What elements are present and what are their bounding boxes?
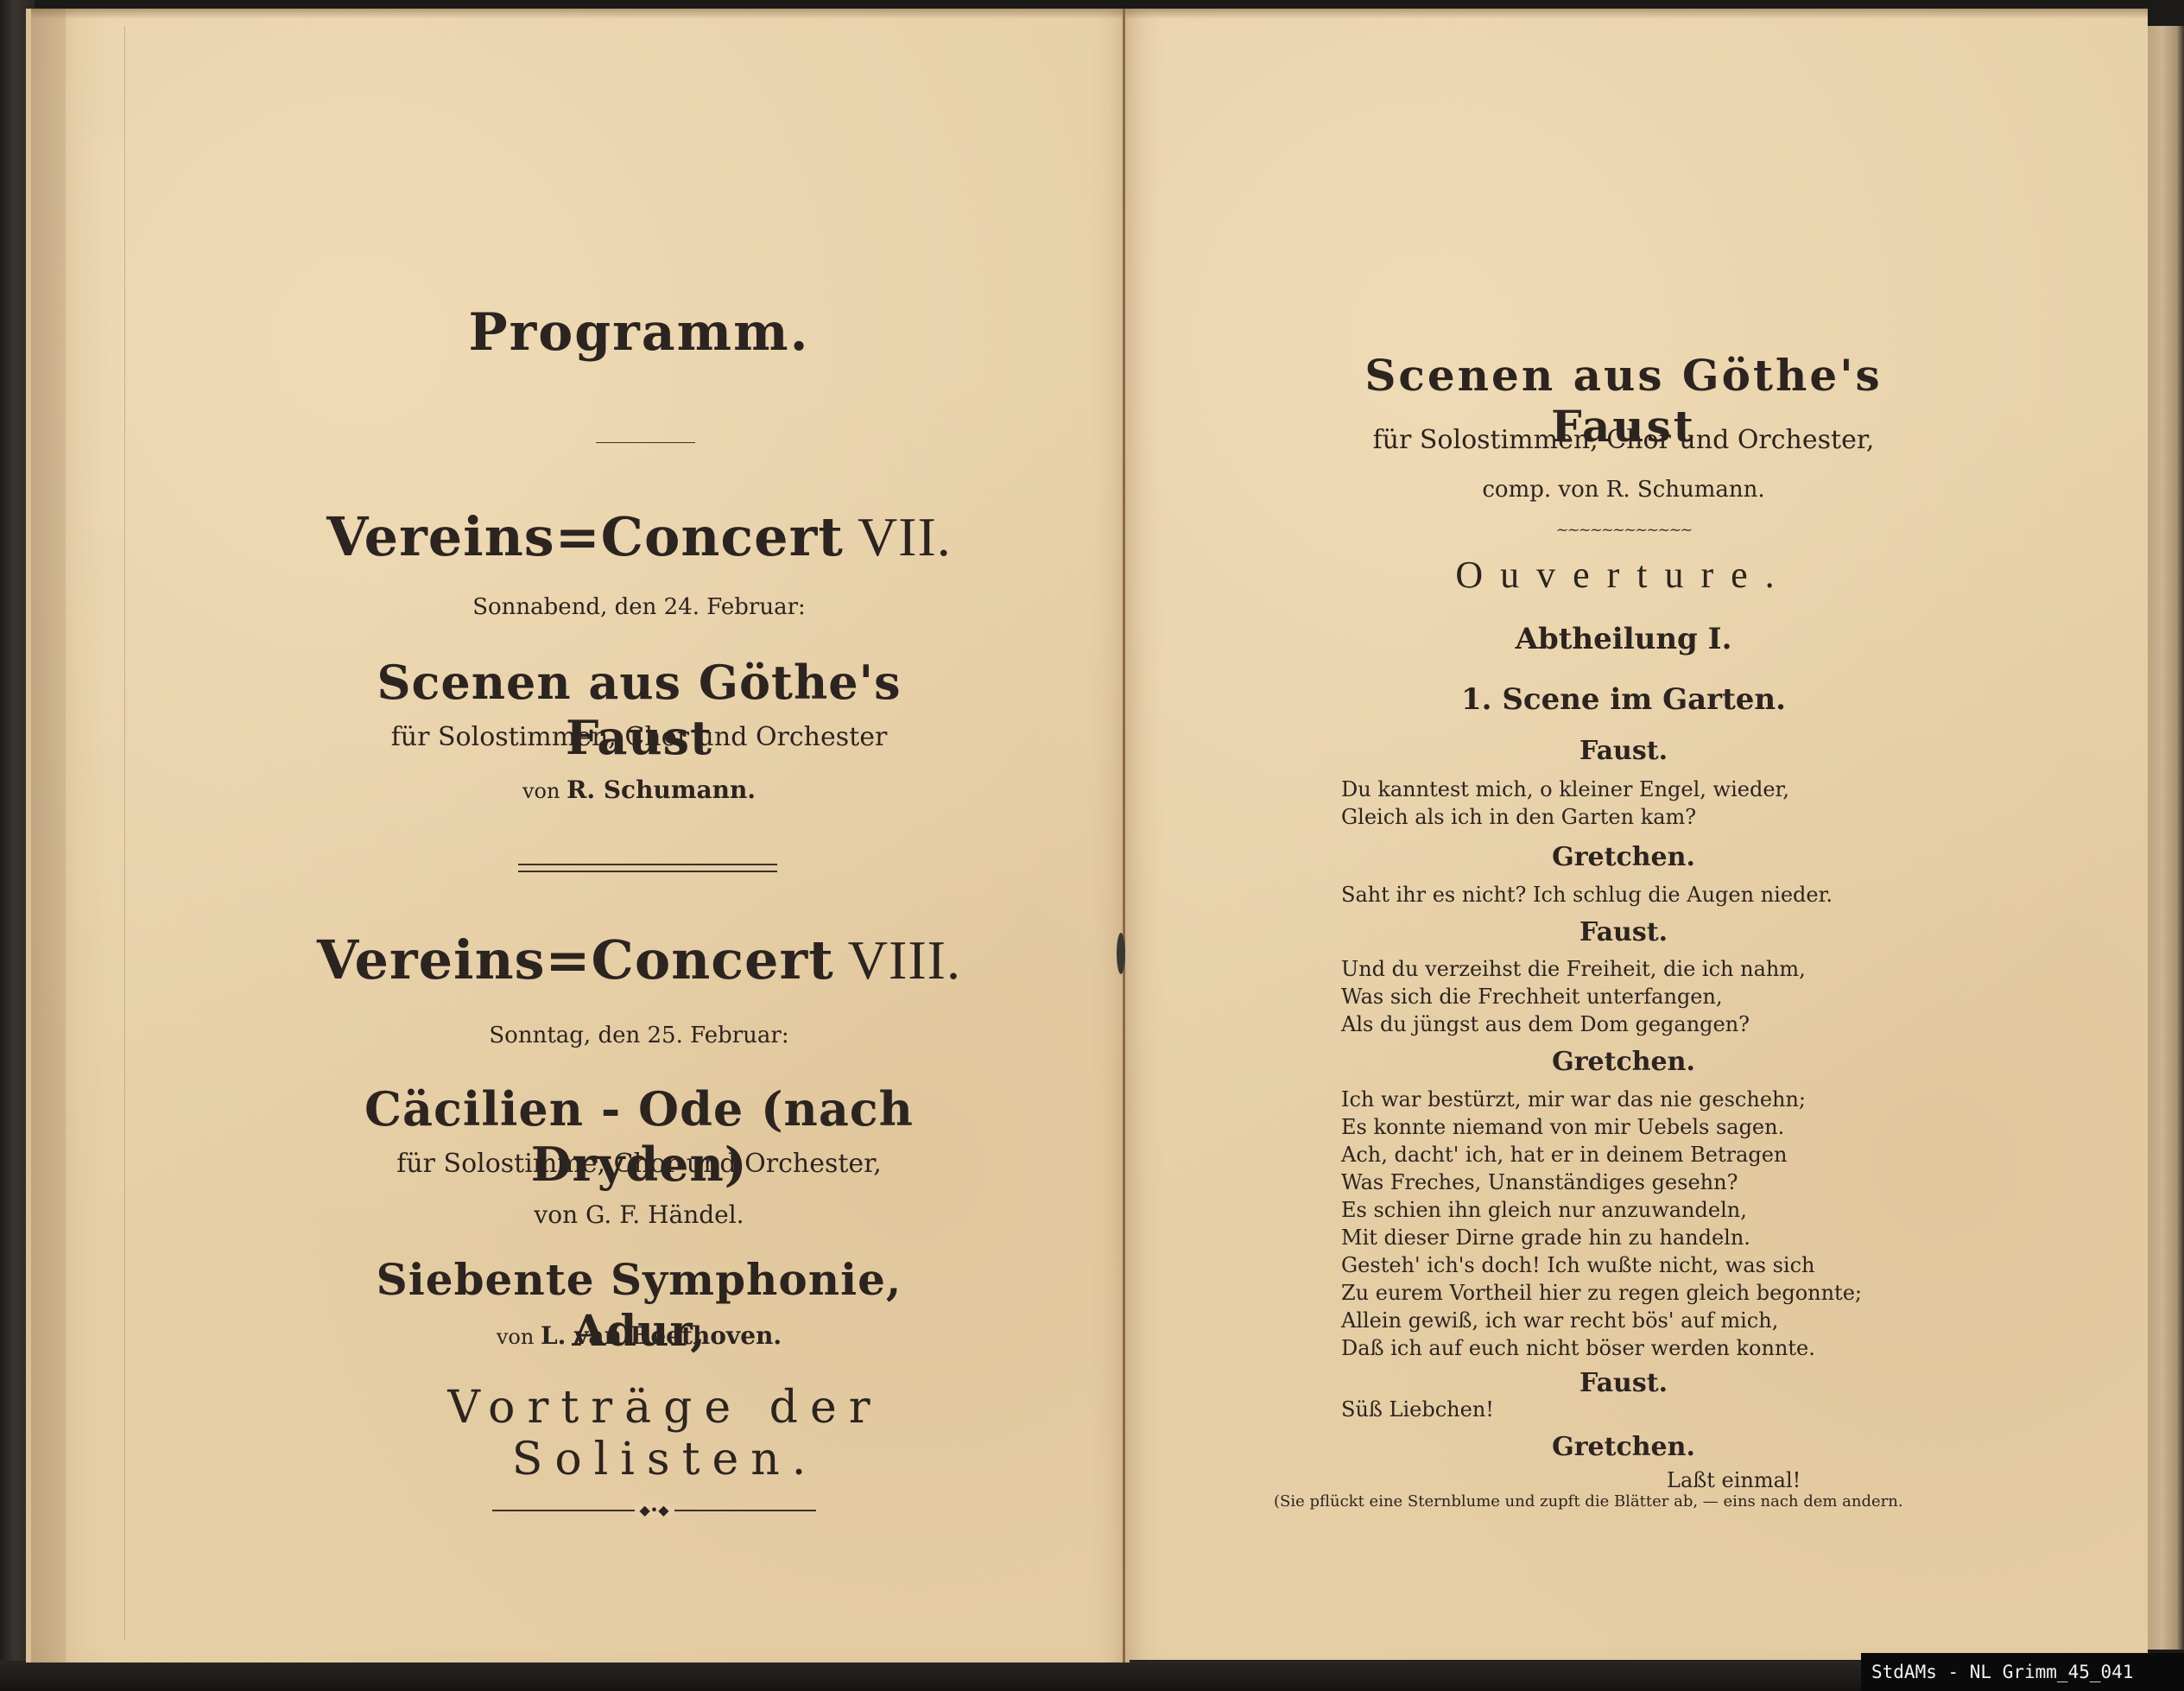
verse-line: Mit dieser Dirne grade hin zu handeln.	[1341, 1224, 1862, 1251]
ode-composer: von G. F. Händel.	[311, 1200, 967, 1229]
verse-line: Ach, dacht' ich, hat er in deinem Betrag…	[1341, 1141, 1862, 1168]
concert-vii-scoring: für Solostimmen, Chor und Orchester	[311, 722, 967, 752]
composer-name: R. Schumann.	[567, 776, 756, 804]
concert-number: VIII.	[848, 929, 961, 991]
verse-line: Was sich die Frechheit unterfangen,	[1341, 983, 1806, 1010]
part-heading: Abtheilung I.	[1321, 622, 1926, 656]
composer-prefix: von	[534, 1200, 578, 1229]
verse-line: Gleich als ich in den Garten kam?	[1341, 803, 1789, 831]
book-gutter	[1123, 9, 1125, 1662]
dialogue-block: Ich war bestürzt, mir war das nie gesche…	[1341, 1086, 1862, 1362]
speaker-gretchen: Gretchen.	[1321, 1047, 1926, 1077]
stage-direction: (Sie pflückt eine Sternblume und zupft d…	[1274, 1492, 1930, 1510]
ornamental-rule: ◆•◆	[492, 1510, 816, 1511]
page-fore-edge	[2148, 26, 2184, 1650]
libretto-scoring: für Solostimmen, Chor und Orchester,	[1321, 425, 1926, 455]
speaker-faust: Faust.	[1321, 736, 1926, 766]
verse-line: Gesteh' ich's doch! Ich wußte nicht, was…	[1341, 1251, 1862, 1279]
concert-number: VII.	[858, 506, 952, 567]
dialogue-block: Du kanntest mich, o kleiner Engel, wiede…	[1341, 776, 1789, 831]
verse-line: Du kanntest mich, o kleiner Engel, wiede…	[1341, 776, 1789, 803]
verse-line: Und du verzeihst die Freiheit, die ich n…	[1341, 955, 1806, 983]
ode-scoring: für Solostimme, Chor und Orchester,	[311, 1149, 967, 1179]
verse-line: Laßt einmal!	[1667, 1466, 1801, 1494]
book-binding-bottom	[0, 1661, 2184, 1691]
short-rule	[596, 442, 695, 443]
concert-viii-title: Vereins=ConcertVIII.	[311, 928, 967, 992]
page-heading-programm: Programm.	[311, 302, 967, 363]
dialogue-block: Süß Liebchen!	[1341, 1396, 1494, 1423]
verse-line: Zu eurem Vortheil hier zu regen gleich b…	[1341, 1279, 1862, 1307]
dialogue-block: Und du verzeihst die Freiheit, die ich n…	[1341, 955, 1806, 1038]
dialogue-block: Saht ihr es nicht? Ich schlug die Augen …	[1341, 881, 1833, 909]
gutter-tear	[1117, 933, 1125, 974]
verse-line: Allein gewiß, ich war recht bös' auf mic…	[1341, 1307, 1862, 1334]
verse-line: Als du jüngst aus dem Dom gegangen?	[1341, 1010, 1806, 1038]
libretto-composer: comp. von R. Schumann.	[1321, 477, 1926, 503]
speaker-faust: Faust.	[1321, 917, 1926, 947]
composer-prefix: von	[497, 1325, 534, 1349]
right-page	[1124, 9, 2148, 1660]
concert-vii-title: Vereins=ConcertVII.	[311, 505, 967, 569]
double-rule-divider	[518, 864, 777, 872]
archive-caption: StdAMs - NL Grimm_45_041	[1861, 1653, 2184, 1691]
verse-line: Was Freches, Unanständiges gesehn?	[1341, 1168, 1862, 1196]
speaker-gretchen: Gretchen.	[1321, 842, 1926, 872]
speaker-gretchen: Gretchen.	[1321, 1432, 1926, 1462]
page-edge-layers	[31, 9, 109, 1662]
composer-prefix: von	[522, 779, 560, 803]
verse-line: Saht ihr es nicht? Ich schlug die Augen …	[1341, 881, 1833, 909]
symphony-composer: von L. van Beethoven.	[311, 1321, 967, 1350]
concert-title-text: Vereins=Concert	[317, 928, 834, 991]
page-edge-line	[124, 26, 125, 1641]
concert-viii-date: Sonntag, den 25. Februar:	[311, 1023, 967, 1048]
verse-line: Es konnte niemand von mir Uebels sagen.	[1341, 1113, 1862, 1141]
concert-vii-composer: von R. Schumann.	[311, 776, 967, 804]
speaker-faust: Faust.	[1321, 1368, 1926, 1398]
concert-viii-work-solisten: Vorträge der Solisten.	[311, 1382, 1019, 1485]
concert-vii-date: Sonnabend, den 24. Februar:	[311, 594, 967, 620]
verse-line: Daß ich auf euch nicht böser werden konn…	[1341, 1334, 1862, 1362]
scene-heading: 1. Scene im Garten.	[1321, 682, 1926, 717]
wavy-rule: ~~~~~~~~~~~~	[1321, 521, 1926, 539]
verse-line: Es schien ihn gleich nur anzuwandeln,	[1341, 1196, 1862, 1224]
dialogue-block: Laßt einmal!	[1667, 1466, 1801, 1494]
verse-line: Süß Liebchen!	[1341, 1396, 1494, 1423]
page-top-shadow	[1124, 9, 2148, 19]
concert-title-text: Vereins=Concert	[326, 505, 844, 568]
ornament-icon: ◆•◆	[634, 1504, 674, 1517]
composer-name: G. F. Händel.	[586, 1200, 744, 1229]
page-top-shadow	[31, 9, 1130, 19]
verse-line: Ich war bestürzt, mir war das nie gesche…	[1341, 1086, 1862, 1113]
overture-heading: Ouverture.	[1321, 553, 1926, 597]
composer-name: L. van Beethoven.	[541, 1321, 782, 1350]
